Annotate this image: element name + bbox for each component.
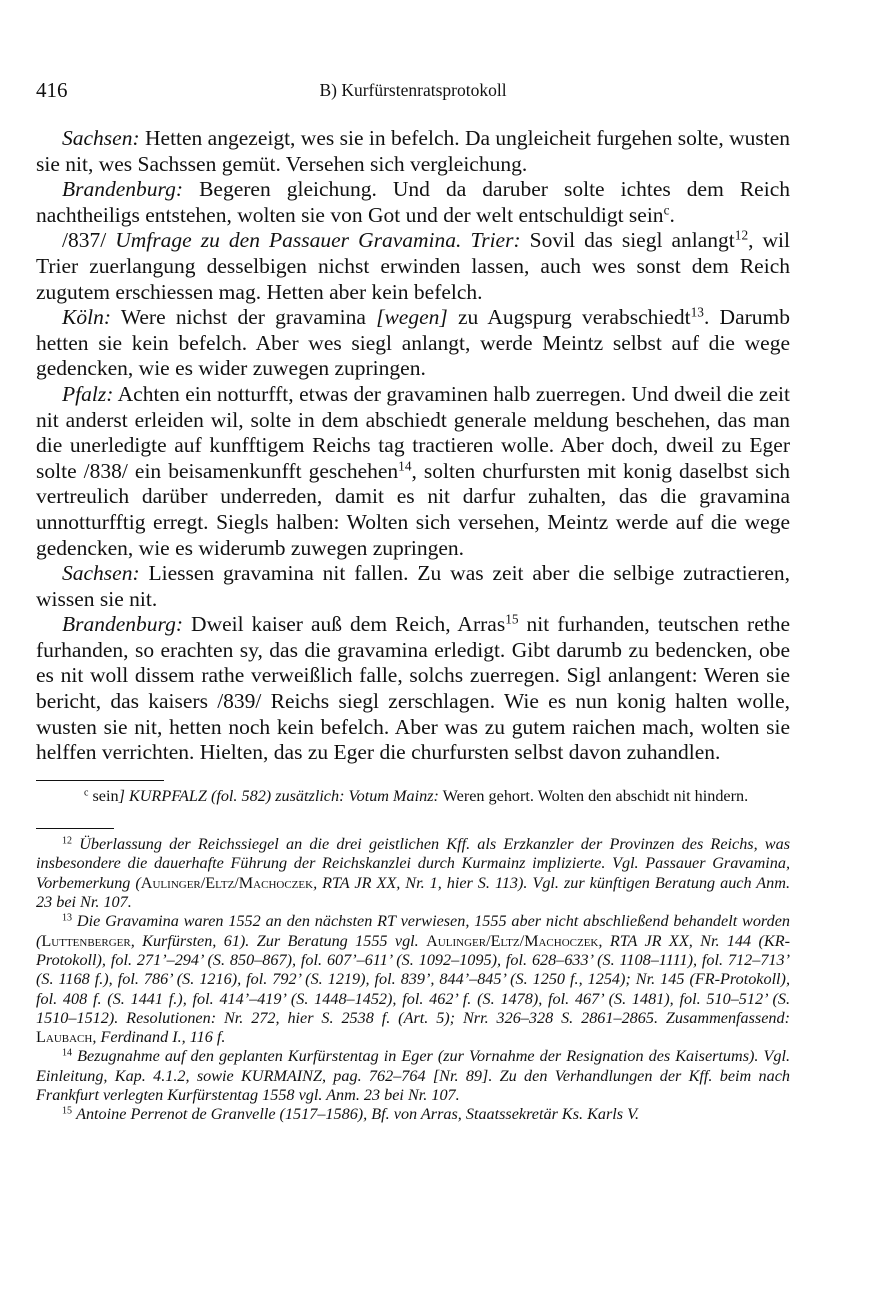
paragraph-text: Dweil kaiser auß dem Reich, Arras	[183, 612, 505, 636]
footnote-number: 13	[62, 913, 72, 924]
paragraph-pfalz: Pfalz: Achten ein notturfft, etwas der g…	[36, 382, 790, 561]
note-text: Weren gehort. Wolten den abschidt nit hi…	[439, 787, 748, 805]
paragraph-text: zu Augspurg verabschiedt	[448, 305, 691, 329]
paragraph-sachsen-1: Sachsen: Hetten angezeigt, wes sie in be…	[36, 126, 790, 177]
footnote-ref[interactable]: 12	[735, 228, 748, 243]
author-name: Luttenberger	[41, 932, 130, 950]
footnote-text: Antoine Perrenot de Granvelle (1517–1586…	[76, 1105, 639, 1123]
main-text: Sachsen: Hetten angezeigt, wes sie in be…	[36, 126, 790, 766]
footnote-number: 15	[62, 1106, 72, 1117]
speaker: Sachsen:	[62, 561, 140, 585]
footnote-text: , Ferdinand I., 116 f.	[92, 1028, 225, 1046]
paragraph-text: .	[669, 203, 674, 227]
note-source: KURPFALZ (fol. 582) zusätzlich: Votum Ma…	[129, 787, 439, 805]
footnote-rule	[36, 828, 114, 829]
paragraph-brandenburg-2: Brandenburg: Dweil kaiser auß dem Reich,…	[36, 612, 790, 766]
footnote-ref[interactable]: 13	[691, 305, 704, 320]
speaker: Brandenburg:	[62, 177, 183, 201]
lemma: sein	[88, 787, 118, 805]
section-heading: Umfrage zu den Passauer Gravamina.	[106, 228, 470, 252]
speaker: Sachsen:	[62, 126, 140, 150]
speaker: Brandenburg:	[62, 612, 183, 636]
footnotes: 12 Überlassung der Reichssiegel an die d…	[36, 835, 790, 1124]
footnote-14: 14 Bezugnahme auf den geplanten Kurfürst…	[36, 1047, 790, 1105]
critical-note: c sein] KURPFALZ (fol. 582) zusätzlich: …	[36, 787, 790, 806]
speaker: Pfalz:	[62, 382, 113, 406]
footnote-ref[interactable]: 14	[398, 458, 411, 473]
paragraph-koeln: Köln: Were nichst der gravamina [wegen] …	[36, 305, 790, 382]
footnote-number: 14	[62, 1048, 72, 1059]
speaker: Köln:	[62, 305, 111, 329]
page-header: 416 B) Kurfürstenratsprotokoll	[36, 74, 790, 104]
paragraph-brandenburg-1: Brandenburg: Begeren gleichung. Und da d…	[36, 177, 790, 228]
paragraph-text: Hetten angezeigt, wes sie in befelch. Da…	[36, 126, 790, 176]
footnote-text: Bezugnahme auf den geplanten Kurfürstent…	[36, 1047, 790, 1104]
author-name: Aulinger/Eltz/Machoczek	[141, 874, 313, 892]
document-page: 416 B) Kurfürstenratsprotokoll Sachsen: …	[36, 74, 790, 1125]
paragraph-text: Were nichst der gravamina	[111, 305, 376, 329]
footnote-number: 12	[62, 836, 72, 847]
paragraph-text: Liessen gravamina nit fallen. Zu was zei…	[36, 561, 790, 611]
footnote-13: 13 Die Gravamina waren 1552 an den nächs…	[36, 912, 790, 1047]
lemma-bracket: ]	[119, 787, 129, 805]
footnote-15: 15 Antoine Perrenot de Granvelle (1517–1…	[36, 1105, 790, 1124]
author-name: Laubach	[36, 1028, 92, 1046]
running-head: B) Kurfürstenratsprotokoll	[36, 80, 790, 101]
author-name: Aulinger/Eltz/Ma­choczek	[426, 932, 598, 950]
paragraph-sachsen-2: Sachsen: Liessen gravamina nit fallen. Z…	[36, 561, 790, 612]
critical-apparatus-rule	[36, 780, 164, 781]
paragraph-trier: /837/ Umfrage zu den Passauer Gravamina.…	[36, 228, 790, 305]
editorial-insert: [wegen]	[376, 305, 448, 329]
critical-apparatus: c sein] KURPFALZ (fol. 582) zusätzlich: …	[36, 787, 790, 806]
speaker: Trier:	[470, 228, 520, 252]
footnote-text: , Kurfürsten, 61). Zur Beratung 1555 vgl…	[131, 932, 426, 950]
footnote-12: 12 Überlassung der Reichssiegel an die d…	[36, 835, 790, 912]
footnote-ref[interactable]: 15	[505, 612, 518, 627]
folio-marker: /837/	[62, 228, 106, 252]
paragraph-text: Sovil das siegl anlangt	[521, 228, 735, 252]
